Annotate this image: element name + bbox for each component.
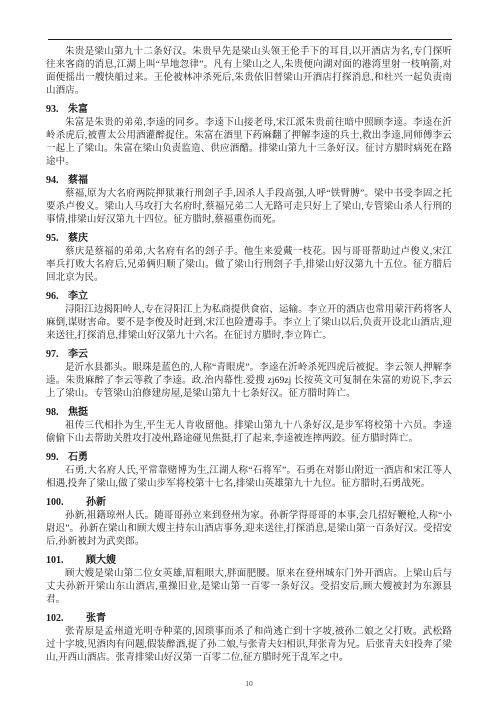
section-heading: 93.朱富 bbox=[46, 103, 452, 116]
section-title: 顾大嫂 bbox=[86, 555, 116, 566]
section-heading: 101.顾大嫂 bbox=[46, 554, 452, 567]
section-title: 孙新 bbox=[86, 497, 106, 508]
section-heading: 97.李云 bbox=[46, 348, 452, 361]
section-body: 是沂水县都头。眼珠是蓝色的,人称“青眼虎”。李逵在沂岭杀死四虎后被捉。李云领人押… bbox=[46, 362, 452, 401]
section-number: 95. bbox=[46, 232, 68, 245]
section-number: 98. bbox=[46, 406, 68, 419]
section-liyun: 97.李云 是沂水县都头。眼珠是蓝色的,人称“青眼虎”。李逵在沂岭杀死四虎后被捉… bbox=[46, 348, 452, 401]
section-number: 93. bbox=[46, 103, 68, 116]
section-heading: 94.蔡福 bbox=[46, 174, 452, 187]
section-body: 顾大嫂是梁山第二位女英雄,眉粗眼大,胖面肥腰。原来在登州城东门外开酒店。上梁山后… bbox=[46, 568, 452, 607]
section-heading: 96.李立 bbox=[46, 290, 452, 303]
document-page: 朱贵是梁山第九十二条好汉。朱贵早先是梁山头领王伦手下的耳目,以开酒店为名,专门探… bbox=[0, 0, 500, 707]
section-jiaoting: 98.焦挺 祖传三代相扑为生,平生无人肯收留他。排梁山第九十八条好汉,是步军将校… bbox=[46, 406, 452, 446]
section-heading: 95.蔡庆 bbox=[46, 232, 452, 245]
section-body: 祖传三代相扑为生,平生无人肯收留他。排梁山第九十八条好汉,是步军将校第十六员。李… bbox=[46, 420, 452, 446]
section-title: 李立 bbox=[68, 291, 88, 302]
section-body: 蔡庆是蔡福的弟弟,大名府有名的刽子手。他生来爱戴一枝花。因与哥哥帮助过卢俊义,宋… bbox=[46, 246, 452, 285]
section-body: 石勇,大名府人氏,平常靠赌博为生,江湖人称“石将军”。石勇在对影山附近一酒店和宋… bbox=[46, 465, 452, 491]
section-title: 焦挺 bbox=[68, 407, 88, 418]
section-title: 蔡庆 bbox=[68, 233, 88, 244]
section-shiyong: 99.石勇 石勇,大名府人氏,平常靠赌博为生,江湖人称“石将军”。石勇在对影山附… bbox=[46, 451, 452, 491]
section-number: 99. bbox=[46, 451, 68, 464]
section-number: 102. bbox=[46, 612, 86, 625]
section-body: 孙新,祖籍琼州人氏。随哥哥孙立来到登州为家。孙新学得哥哥的本事,会几招好鞭枪,人… bbox=[46, 510, 452, 549]
section-number: 96. bbox=[46, 290, 68, 303]
section-title: 朱富 bbox=[68, 104, 88, 115]
section-heading: 99.石勇 bbox=[46, 451, 452, 464]
section-lili: 96.李立 浔阳江边揭阳岭人,专在浔阳江上为私商提供食宿、运输。李立开的酒店也常… bbox=[46, 290, 452, 343]
section-number: 97. bbox=[46, 348, 68, 361]
section-sunxin: 100.孙新 孙新,祖籍琼州人氏。随哥哥孙立来到登州为家。孙新学得哥哥的本事,会… bbox=[46, 496, 452, 549]
intro-paragraph: 朱贵是梁山第九十二条好汉。朱贵早先是梁山头领王伦手下的耳目,以开酒店为名,专门探… bbox=[46, 46, 452, 98]
section-gudasao: 101.顾大嫂 顾大嫂是梁山第二位女英雄,眉粗眼大,胖面肥腰。原来在登州城东门外… bbox=[46, 554, 452, 607]
page-number: 10 bbox=[46, 679, 452, 689]
section-number: 94. bbox=[46, 174, 68, 187]
section-body: 张青原是孟州道光明寺种菜的,因琐事而杀了和尚逃亡到十字坡,被孙二娘之父打败。武松… bbox=[46, 626, 452, 665]
section-body: 浔阳江边揭阳岭人,专在浔阳江上为私商提供食宿、运输。李立开的酒店也常用蒙汗药将客… bbox=[46, 304, 452, 343]
section-zhufu: 93.朱富 朱富是朱贵的弟弟,李逵的同乡。李逵下山接老母,宋江派朱贵前往暗中照顾… bbox=[46, 103, 452, 169]
section-title: 石勇 bbox=[68, 452, 88, 463]
header-rule bbox=[48, 39, 452, 40]
section-title: 李云 bbox=[68, 349, 88, 360]
section-heading: 102.张青 bbox=[46, 612, 452, 625]
section-body: 蔡福,原为大名府两院押狱兼行刑刽子手,因杀人手段高强,人呼“铁臂膊”。梁中书受李… bbox=[46, 188, 452, 227]
section-number: 101. bbox=[46, 554, 86, 567]
section-heading: 100.孙新 bbox=[46, 496, 452, 509]
section-title: 蔡福 bbox=[68, 175, 88, 186]
section-number: 100. bbox=[46, 496, 86, 509]
section-zhangqing: 102.张青 张青原是孟州道光明寺种菜的,因琐事而杀了和尚逃亡到十字坡,被孙二娘… bbox=[46, 612, 452, 665]
section-caiqing: 95.蔡庆 蔡庆是蔡福的弟弟,大名府有名的刽子手。他生来爱戴一枝花。因与哥哥帮助… bbox=[46, 232, 452, 285]
section-heading: 98.焦挺 bbox=[46, 406, 452, 419]
section-caifu: 94.蔡福 蔡福,原为大名府两院押狱兼行刑刽子手,因杀人手段高强,人呼“铁臂膊”… bbox=[46, 174, 452, 227]
section-title: 张青 bbox=[86, 613, 106, 624]
section-body: 朱富是朱贵的弟弟,李逵的同乡。李逵下山接老母,宋江派朱贵前往暗中照顾李逵。李逵在… bbox=[46, 117, 452, 169]
page-content: 朱贵是梁山第九十二条好汉。朱贵早先是梁山头领王伦手下的耳目,以开酒店为名,专门探… bbox=[46, 46, 452, 689]
